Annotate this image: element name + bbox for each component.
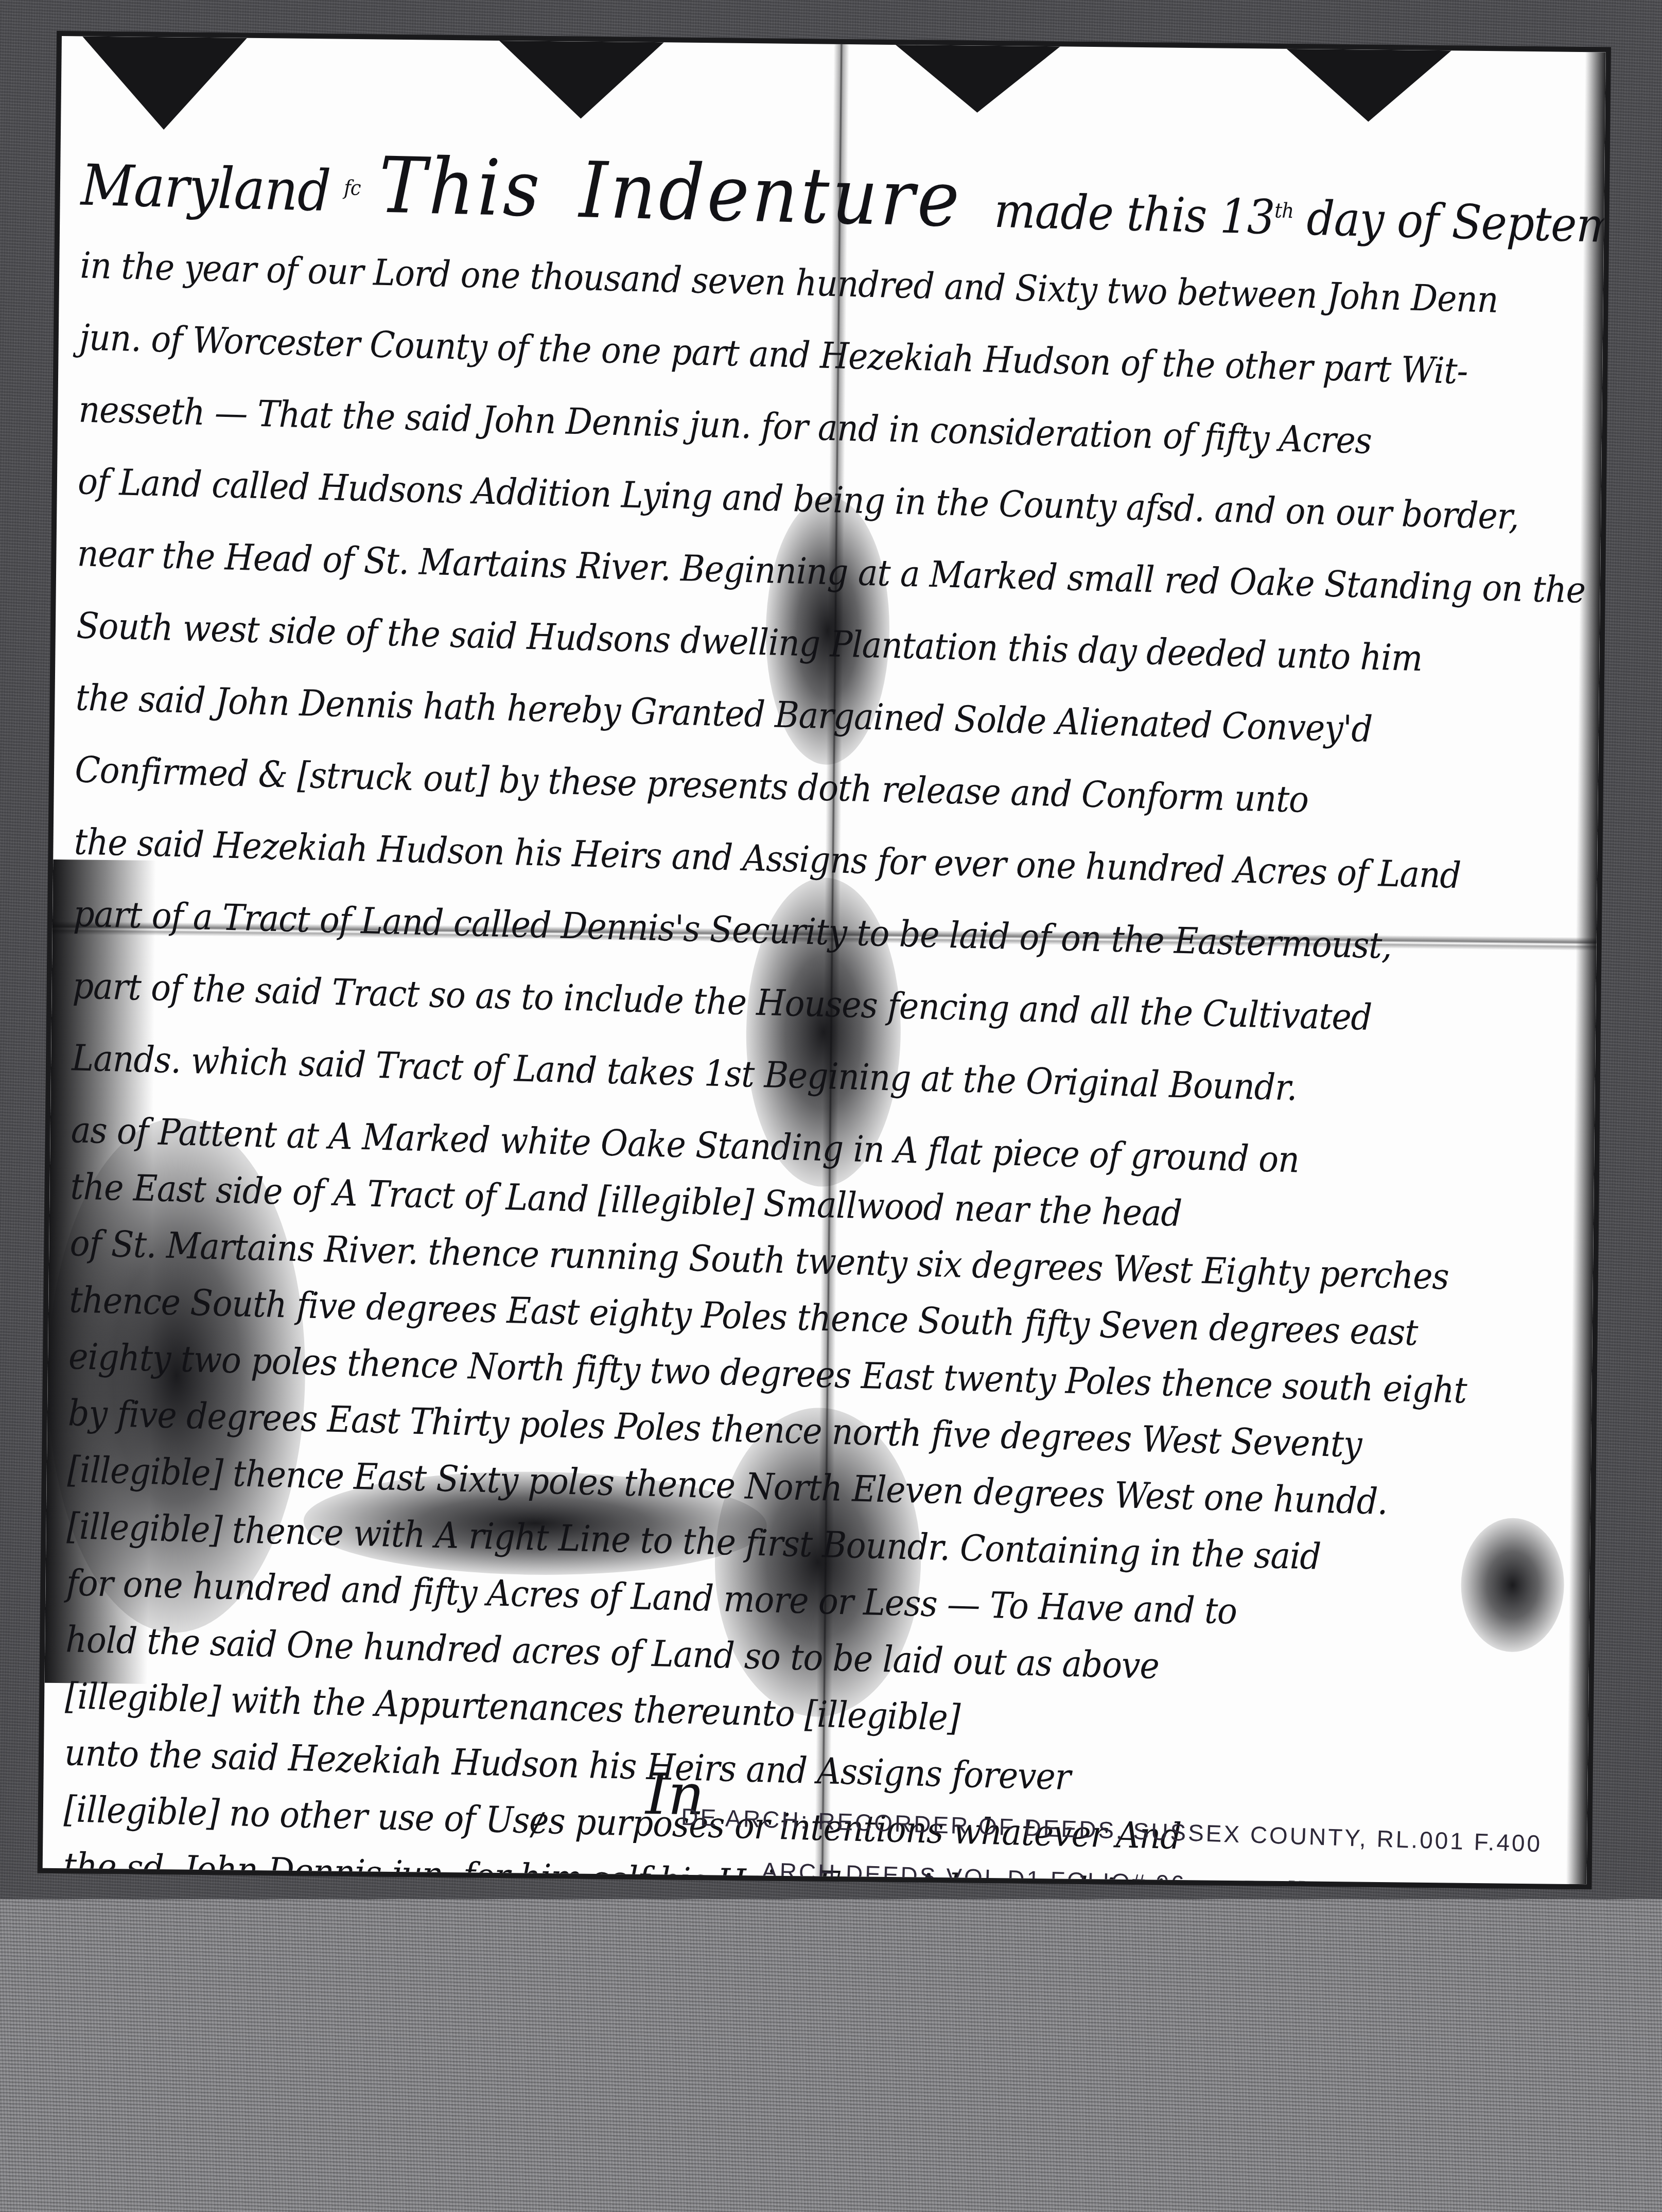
torn-edge [498,41,664,119]
date-rest: day of Septem [1306,191,1605,254]
date-phrase: made this 13 [993,183,1275,245]
deed-paper: Maryland fc This Indenture made this 13t… [43,36,1606,1884]
torn-edge [1286,49,1451,122]
scanner-background [0,1899,1662,2212]
indenture-title: Indenture [579,146,964,244]
torn-edge [895,45,1060,113]
opening-word: This [378,141,544,235]
date-suffix: th [1274,199,1294,223]
jurisdiction-abbrev: fc [344,176,361,200]
deed-body: Maryland fc This Indenture made this 13t… [60,154,1584,1884]
torn-edge [81,36,247,130]
jurisdiction: Maryland [80,152,331,224]
small-pen-mark: / [532,1806,543,1842]
